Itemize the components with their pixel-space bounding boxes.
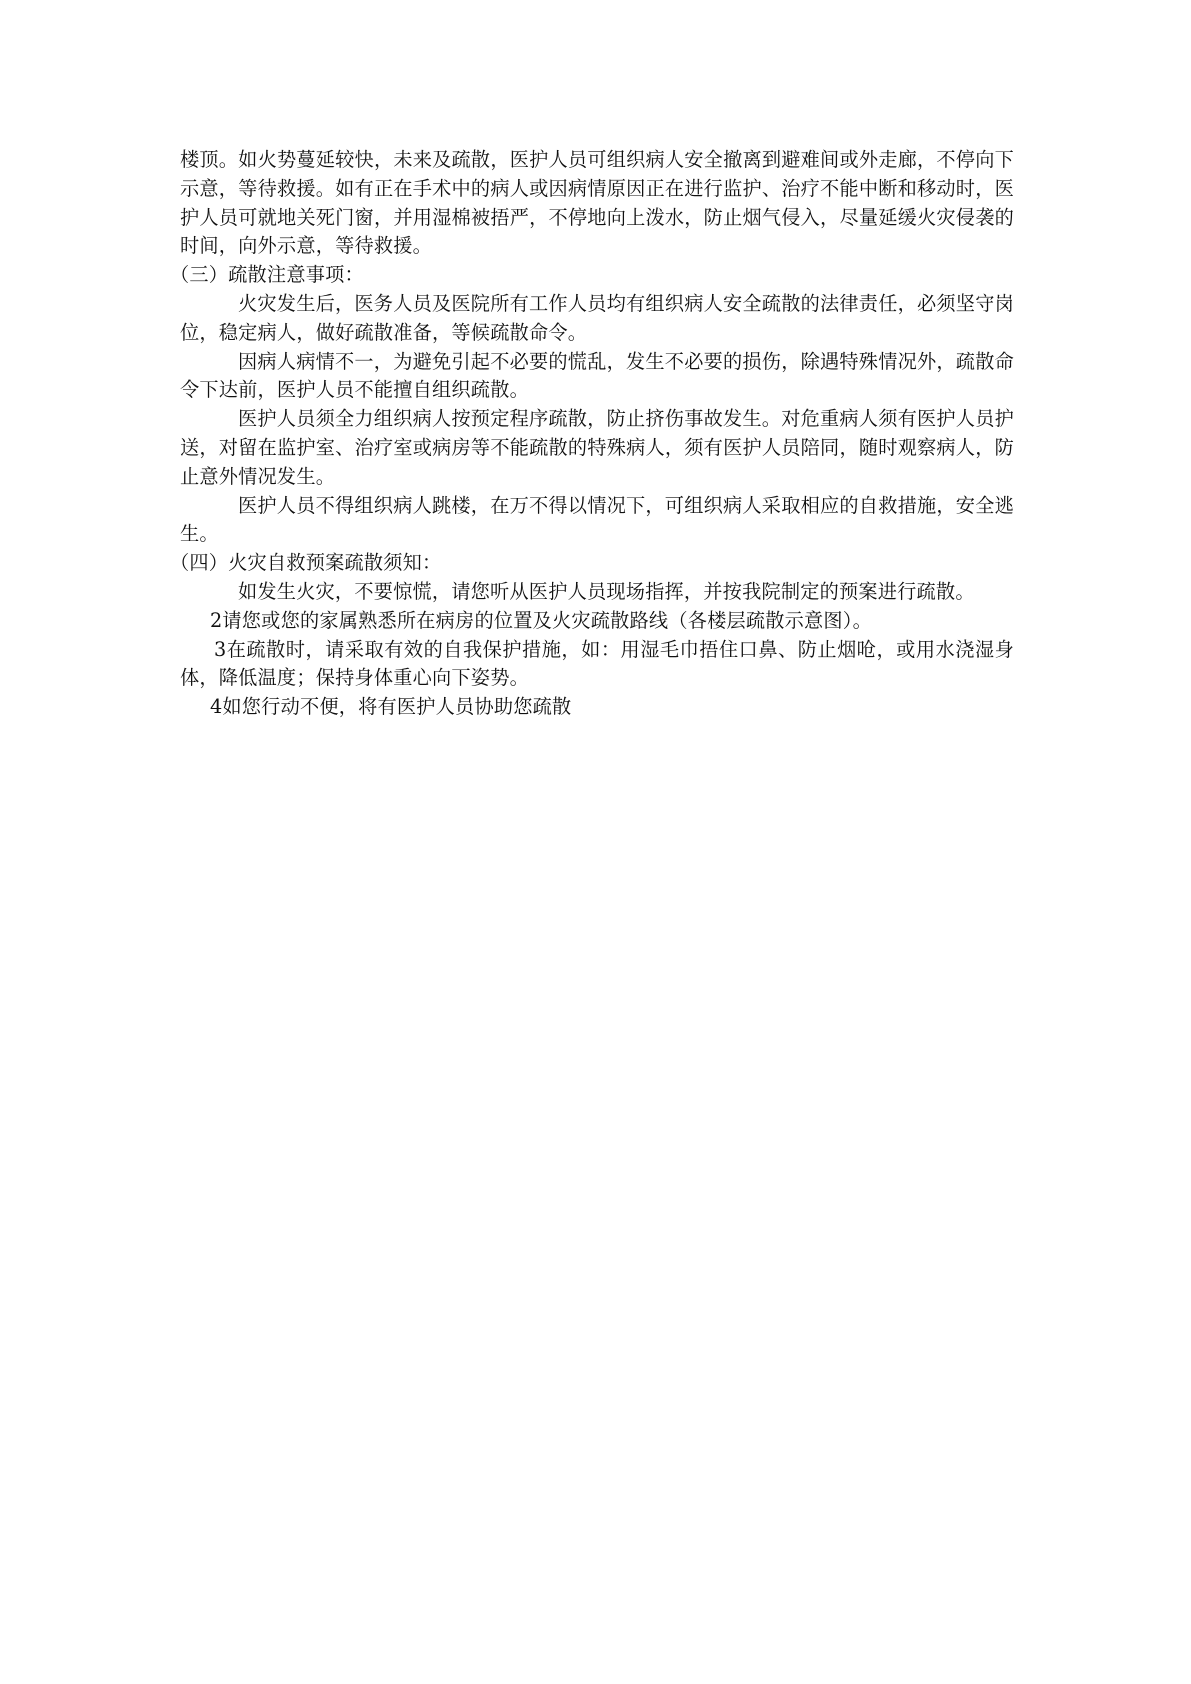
list-item-note-3: 医护人员须全力组织病人按预定程序疏散，防止挤伤事故发生。对危重病人须有医护人员护…: [180, 405, 1014, 491]
document-body: 楼顶。如火势蔓延较快，未来及疏散，医护人员可组织病人安全撤离到避难间或外走廊，不…: [180, 146, 1014, 722]
paragraph-evacuation-continuation: 楼顶。如火势蔓延较快，未来及疏散，医护人员可组织病人安全撤离到避难间或外走廊，不…: [180, 146, 1014, 261]
document-page: 楼顶。如火势蔓延较快，未来及疏散，医护人员可组织病人安全撤离到避难间或外走廊，不…: [0, 0, 1191, 1684]
list-item-note-4: 医护人员不得组织病人跳楼，在万不得以情况下，可组织病人采取相应的自救措施，安全逃…: [180, 492, 1014, 550]
list-item-rescue-1: 如发生火灾，不要惊慌，请您听从医护人员现场指挥，并按我院制定的预案进行疏散。: [180, 578, 1014, 607]
list-item-rescue-4: 4如您行动不便，将有医护人员协助您疏散: [180, 693, 1014, 722]
list-item-note-2: 因病人病情不一，为避免引起不必要的慌乱，发生不必要的损伤，除遇特殊情况外，疏散命…: [180, 348, 1014, 406]
section-heading-self-rescue: （四）火灾自救预案疏散须知：: [180, 549, 1014, 578]
list-item-rescue-3: 3在疏散时，请采取有效的自我保护措施，如：用湿毛巾捂住口鼻、防止烟呛，或用水浇湿…: [180, 636, 1014, 694]
section-heading-evacuation-notes: （三）疏散注意事项：: [180, 261, 1014, 290]
list-item-rescue-2: 2请您或您的家属熟悉所在病房的位置及火灾疏散路线（各楼层疏散示意图）。: [180, 607, 1014, 636]
list-item-note-1: 火灾发生后，医务人员及医院所有工作人员均有组织病人安全疏散的法律责任，必须坚守岗…: [180, 290, 1014, 348]
